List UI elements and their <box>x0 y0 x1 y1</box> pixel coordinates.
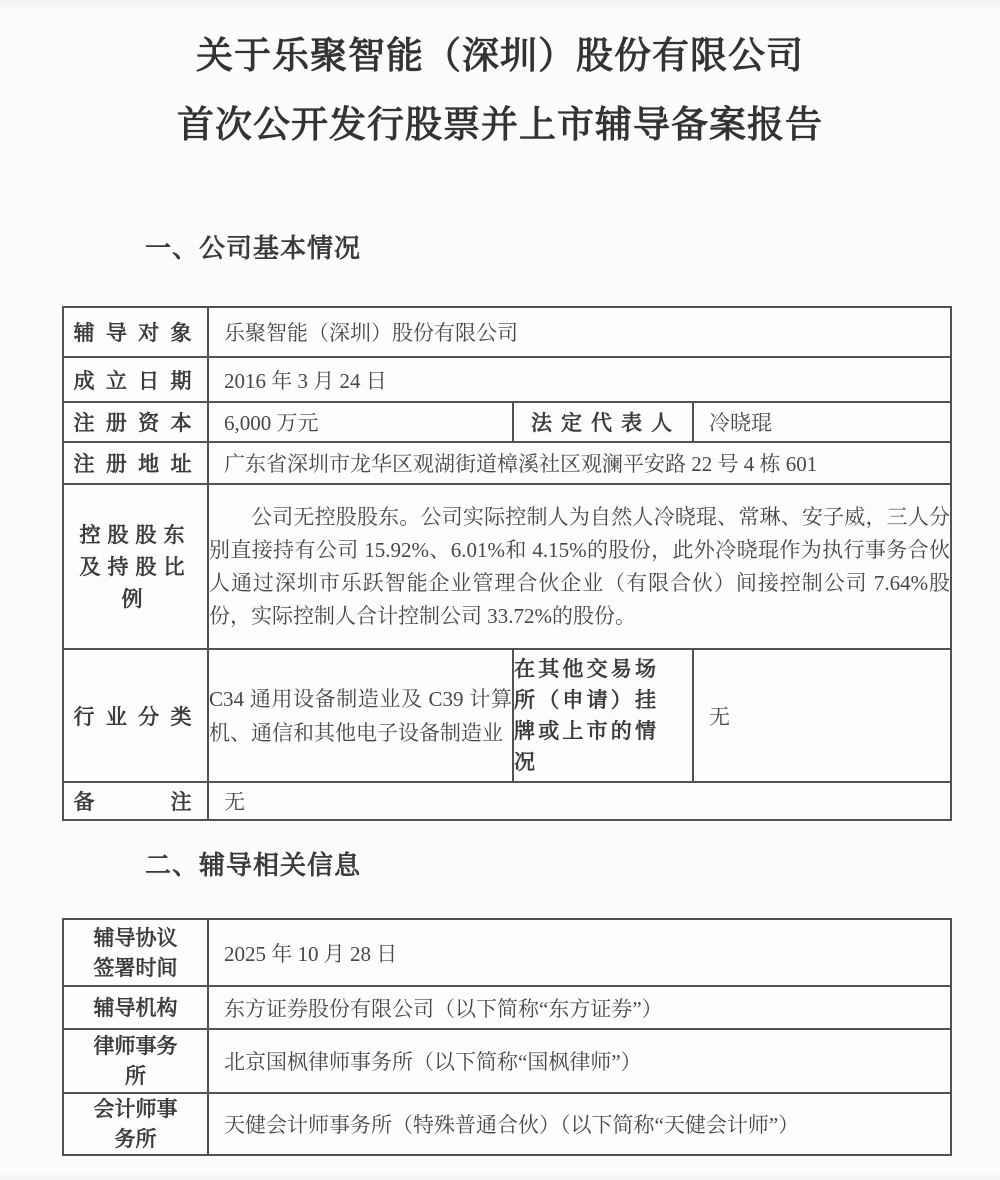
legal-rep-value: 冷晓琨 <box>693 402 951 442</box>
table-row: 辅导对象 乐聚智能（深圳）股份有限公司 <box>63 307 951 357</box>
target-label: 辅导对象 <box>63 307 208 357</box>
section-1-heading: 一、公司基本情况 <box>145 234 1000 264</box>
legal-rep-label: 法定代表人 <box>513 402 693 442</box>
remark-label: 备注 <box>63 782 208 820</box>
accounting-firm-label: 会计师事务所 <box>63 1093 208 1155</box>
address-value: 广东省深圳市龙华区观湖街道樟溪社区观澜平安路 22 号 4 栋 601 <box>208 442 951 484</box>
holders-label: 控股股东及持股比例 <box>63 484 208 649</box>
law-firm-value: 北京国枫律师事务所（以下简称“国枫律师”） <box>208 1029 951 1093</box>
table-row: 控股股东及持股比例 公司无控股股东。公司实际控制人为自然人冷晓琨、常琳、安子威，… <box>63 484 951 649</box>
table-row: 成立日期 2016 年 3 月 24 日 <box>63 357 951 402</box>
other-listing-value: 无 <box>693 649 951 782</box>
law-firm-label: 律师事务所 <box>63 1029 208 1093</box>
industry-label: 行业分类 <box>63 649 208 782</box>
document-title-line1: 关于乐聚智能（深圳）股份有限公司 <box>0 22 1000 91</box>
capital-label: 注册资本 <box>63 402 208 442</box>
founded-label: 成立日期 <box>63 357 208 402</box>
table-row: 辅导机构 东方证券股份有限公司（以下简称“东方证券”） <box>63 986 951 1029</box>
table-row: 会计师事务所 天健会计师事务所（特殊普通合伙）（以下简称“天健会计师”） <box>63 1093 951 1155</box>
table-row: 注册地址 广东省深圳市龙华区观湖街道樟溪社区观澜平安路 22 号 4 栋 601 <box>63 442 951 484</box>
document-title-line2: 首次公开发行股票并上市辅导备案报告 <box>0 91 1000 160</box>
table-row: 备注 无 <box>63 782 951 820</box>
other-listing-label: 在其他交易场所（申请）挂牌或上市的情况 <box>513 649 693 782</box>
table-row: 行业分类 C34 通用设备制造业及 C39 计算机、通信和其他电子设备制造业 在… <box>63 649 951 782</box>
institution-value: 东方证券股份有限公司（以下简称“东方证券”） <box>208 986 951 1029</box>
table-row: 注册资本 6,000 万元 法定代表人 冷晓琨 <box>63 402 951 442</box>
section-2-heading: 二、辅导相关信息 <box>145 851 1000 881</box>
agreement-date-label: 辅导协议签署时间 <box>63 919 208 986</box>
holders-value: 公司无控股股东。公司实际控制人为自然人冷晓琨、常琳、安子威，三人分别直接持有公司… <box>208 484 951 649</box>
founded-value: 2016 年 3 月 24 日 <box>208 357 951 402</box>
address-label: 注册地址 <box>63 442 208 484</box>
document-title: 关于乐聚智能（深圳）股份有限公司 首次公开发行股票并上市辅导备案报告 <box>0 0 1000 160</box>
table-row: 辅导协议签署时间 2025 年 10 月 28 日 <box>63 919 951 986</box>
industry-value: C34 通用设备制造业及 C39 计算机、通信和其他电子设备制造业 <box>208 649 513 782</box>
institution-label: 辅导机构 <box>63 986 208 1029</box>
basic-info-table: 辅导对象 乐聚智能（深圳）股份有限公司 成立日期 2016 年 3 月 24 日… <box>62 306 952 821</box>
table-row: 律师事务所 北京国枫律师事务所（以下简称“国枫律师”） <box>63 1029 951 1093</box>
document-page: 关于乐聚智能（深圳）股份有限公司 首次公开发行股票并上市辅导备案报告 一、公司基… <box>0 0 1000 1156</box>
tutoring-info-table: 辅导协议签署时间 2025 年 10 月 28 日 辅导机构 东方证券股份有限公… <box>62 918 952 1156</box>
target-value: 乐聚智能（深圳）股份有限公司 <box>208 307 951 357</box>
agreement-date-value: 2025 年 10 月 28 日 <box>208 919 951 986</box>
remark-value: 无 <box>208 782 951 820</box>
accounting-firm-value: 天健会计师事务所（特殊普通合伙）（以下简称“天健会计师”） <box>208 1093 951 1155</box>
capital-value: 6,000 万元 <box>208 402 513 442</box>
